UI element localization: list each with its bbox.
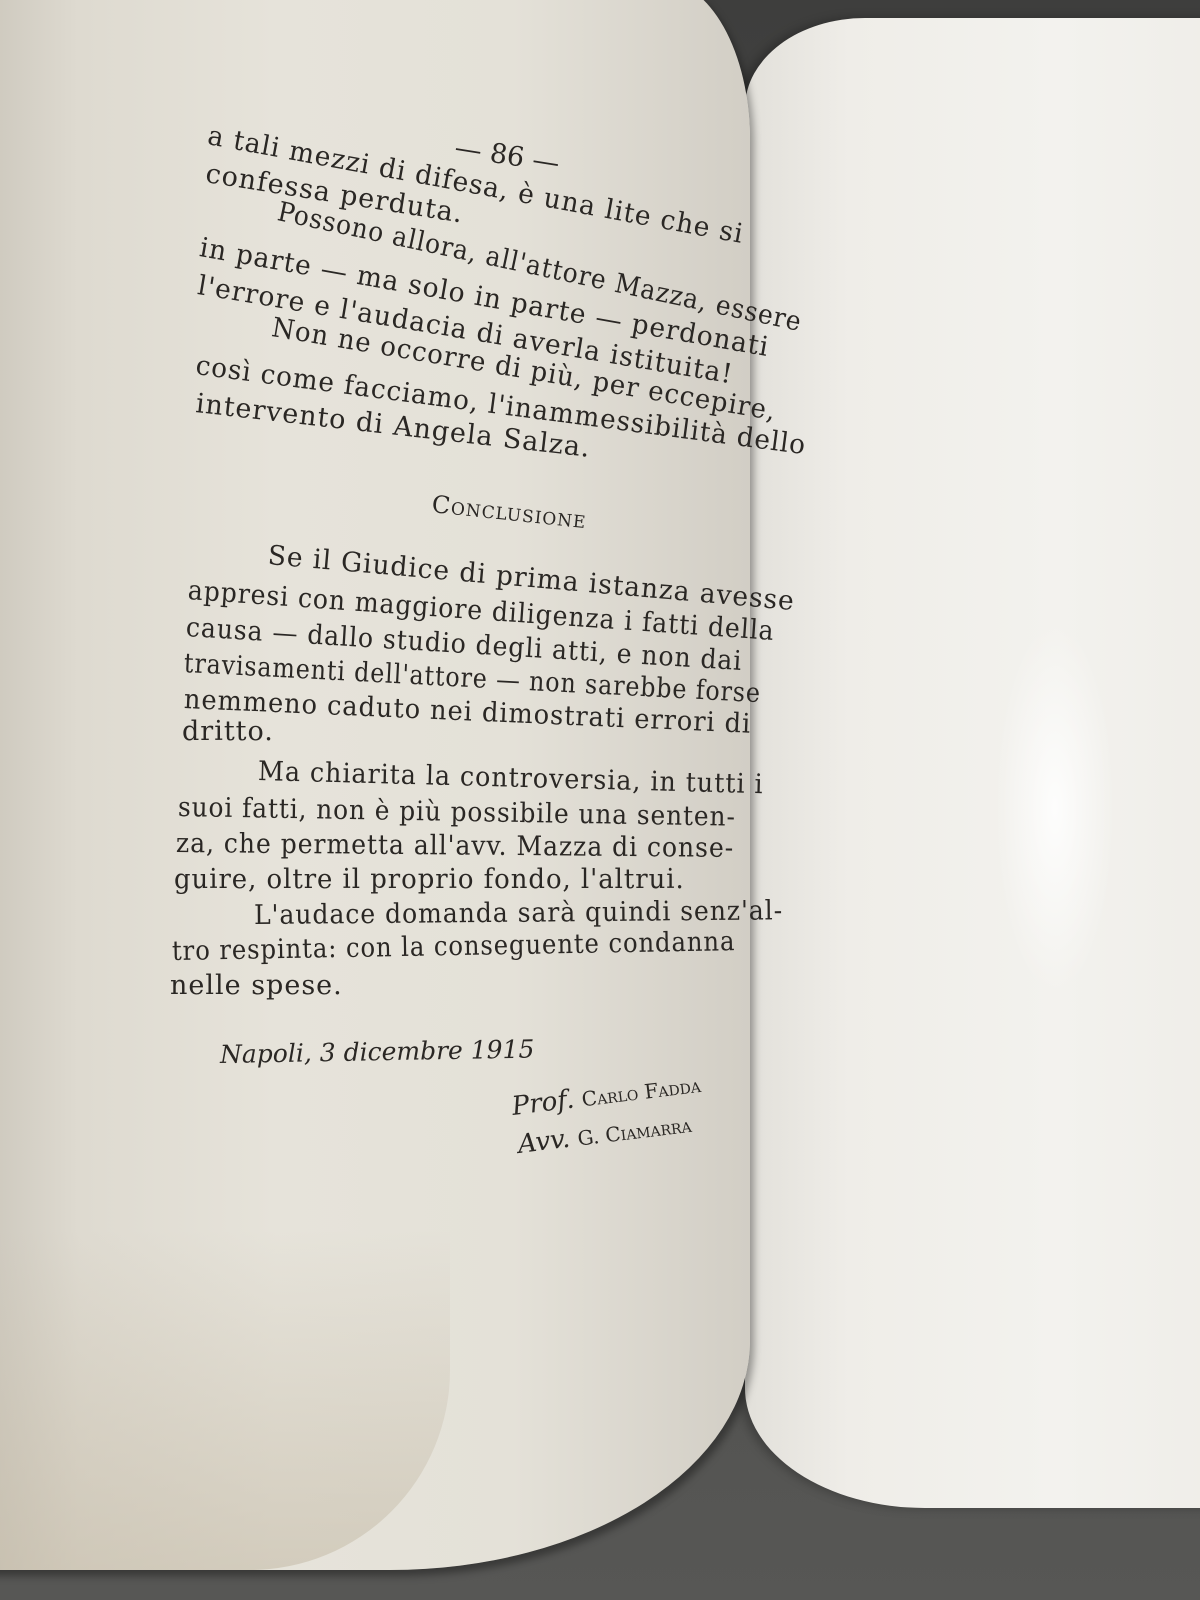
text-line: dritto. — [182, 716, 274, 747]
page-shadow — [0, 1230, 450, 1570]
text-line: L'audace domanda sarà quindi senz'al- — [254, 895, 783, 931]
text-line: za, che permetta all'avv. Mazza di conse… — [176, 828, 734, 864]
book-photo: — 86 — a tali mezzi di difesa, è una lit… — [0, 0, 1200, 1600]
text-line: guire, oltre il proprio fondo, l'altrui. — [174, 864, 685, 895]
right-page-blank — [745, 18, 1200, 1508]
date-line: Napoli, 3 dicembre 1915 — [220, 1035, 535, 1069]
text-line: nelle spese. — [170, 970, 343, 1001]
light-glare — [995, 618, 1115, 998]
signature-title: Avv. — [516, 1124, 572, 1160]
